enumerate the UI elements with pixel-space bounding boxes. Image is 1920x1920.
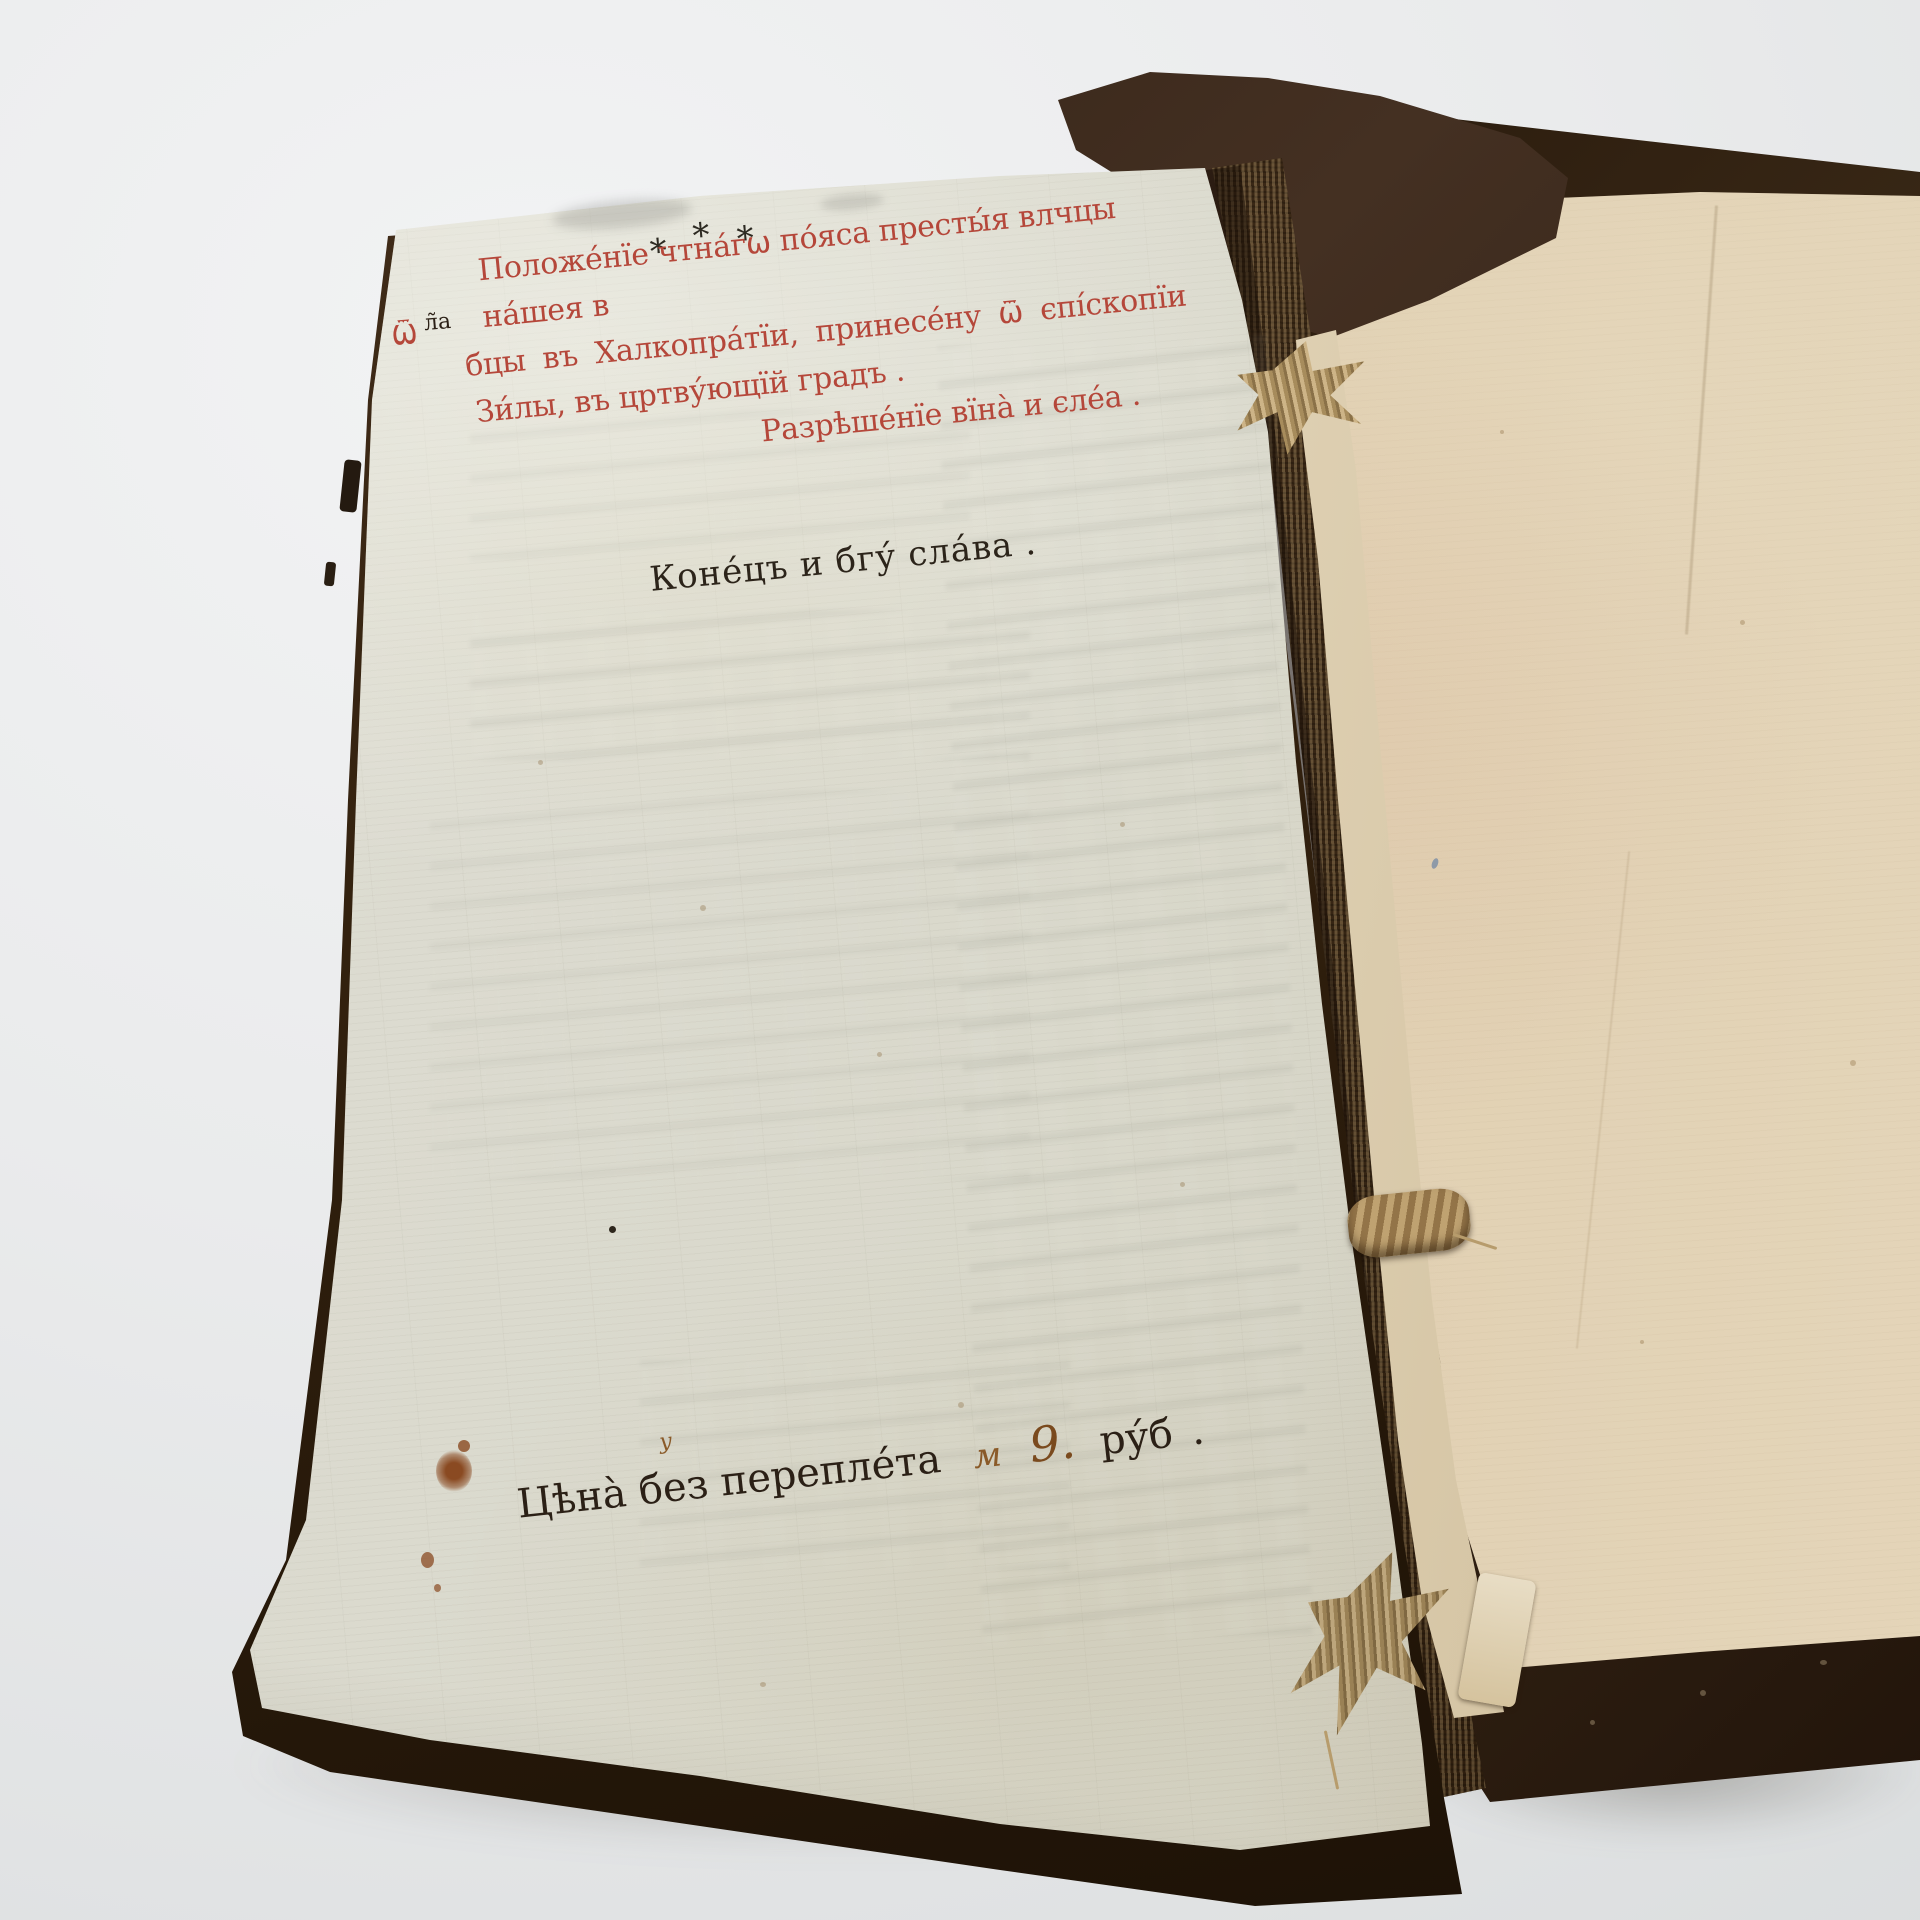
clasp-remnant [339,459,361,512]
leather-speck [1820,1660,1827,1665]
fox-spot [958,1402,964,1408]
fox-spot [538,760,543,765]
clasp-remnant [324,562,336,587]
rubric-symbol: Ѿ [391,319,419,352]
fox-spot [1180,1182,1185,1187]
ink-dot [609,1226,616,1233]
fox-spot [877,1052,882,1057]
fox-spot [760,1682,766,1687]
leather-speck [1700,1690,1706,1696]
ink-stain [436,1450,472,1492]
fox-spot [1120,822,1125,827]
handwritten-insertion-mark: у [658,1429,673,1455]
price-currency: ру́б [1097,1411,1175,1465]
ink-stain [421,1552,434,1568]
ink-stain [434,1584,441,1592]
fox-spot [1850,1060,1856,1066]
leather-speck [1590,1720,1595,1725]
ink-stain [458,1440,470,1452]
fox-spot [1500,430,1504,434]
fox-spot [1740,620,1745,625]
fox-spot [1640,1340,1644,1344]
handwritten-annotation: м [971,1434,1003,1477]
fox-spot [700,905,706,911]
handwritten-price-amount: 9. [1026,1413,1078,1474]
photograph-of-open-antique-book: * * * Ѿ л̃а Положе́нїе чтна́гѡ по́яса пр… [0,0,1920,1920]
